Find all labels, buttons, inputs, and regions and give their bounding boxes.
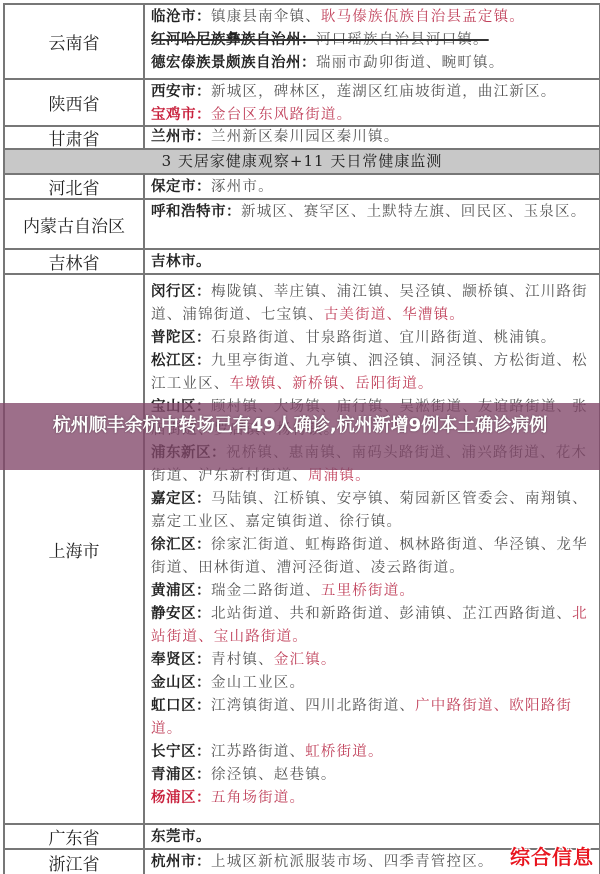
detail-cell: 兰州市：兰州新区秦川园区秦川镇。 [145,127,599,148]
area-text: 兰州新区秦川园区秦川镇。 [211,129,399,145]
city-line: 西安市：新城区，碑林区，莲湖区红庙坡街道，曲江新区。 [151,81,593,104]
area-text-highlighted: 五里桥街道。 [321,583,415,599]
row-neimenggu: 内蒙古自治区 呼和浩特市：新城区、赛罕区、土默特左旗、回民区、玉泉区。 [5,200,599,250]
area-text: 北站街道、共和新路街道、彭浦镇、芷江西路街道、 [211,606,572,622]
city-label: 兰州市： [151,129,211,145]
district-label: 长宁区： [151,744,211,760]
city-line: 宝鸡市：金台区东风路街道。 [151,104,593,127]
district-line: 杨浦区：五角场街道。 [151,787,593,810]
area-text-highlighted: 虹桥街道。 [305,744,384,760]
area-text: 镇康县南伞镇、 [211,9,321,25]
area-text-highlighted: 周浦镇。 [308,468,371,484]
district-label: 青浦区： [151,767,211,783]
district-label: 黄浦区： [151,583,211,599]
city-label: 东莞市。 [151,829,211,845]
area-text: 上城区新杭派服装市场、四季青管控区。 [211,854,494,870]
district-label-highlighted: 杨浦区： [151,790,211,806]
area-text: 瑞丽市勐卯街道、畹町镇。 [316,55,504,71]
area-text: 金山工业区。 [211,675,305,691]
district-line: 长宁区：江苏路街道、虹桥街道。 [151,741,593,764]
city-label: 临沧市： [151,9,211,25]
province-cell: 内蒙古自治区 [5,200,145,248]
city-label-highlighted: 宝鸡市： [151,107,211,123]
province-cell: 甘肃省 [5,127,145,148]
city-line: 保定市：涿州市。 [151,176,593,199]
city-line: 德宏傣族景颇族自治州：瑞丽市勐卯街道、畹町镇。 [151,52,593,75]
district-line: 黄浦区：瑞金二路街道、五里桥街道。 [151,580,593,603]
detail-cell: 临沧市：镇康县南伞镇、耿马傣族佤族自治县孟定镇。 红河哈尼族彝族自治州：河口瑶族… [145,5,599,78]
detail-cell: 呼和浩特市：新城区、赛罕区、土默特左旗、回民区、玉泉区。 [145,200,599,248]
city-line: 临沧市：镇康县南伞镇、耿马傣族佤族自治县孟定镇。 [151,6,593,29]
district-label: 奉贤区： [151,652,211,668]
area-text-highlighted: 耿马傣族佤族自治县孟定镇。 [321,9,525,25]
area-text: 新城区、赛罕区、土默特左旗、回民区、玉泉区。 [241,204,586,220]
city-label: 呼和浩特市： [151,204,241,220]
area-text: 新城区，碑林区，莲湖区红庙坡街道，曲江新区。 [211,84,556,100]
province-cell: 云南省 [5,5,145,78]
area-text: 马陆镇、江桥镇、安亭镇、菊园新区管委会、南翔镇、嘉定工业区、嘉定镇街道、徐行镇。 [151,491,588,530]
city-label: 德宏傣族景颇族自治州： [151,55,316,71]
city-label: 杭州市： [151,854,211,870]
watermark-logo: 综合信息 [510,841,594,870]
area-text-highlighted: 金台区东风路街道。 [211,107,352,123]
district-label: 普陀区： [151,330,211,346]
city-line-struck: 红河哈尼族彝族自治州：河口瑶族自治县河口镇。 [151,29,593,52]
detail-cell: 闵行区：梅陇镇、莘庄镇、浦江镇、吴泾镇、颛桥镇、江川路街道、浦锦街道、七宝镇、古… [145,275,599,823]
city-label: 吉林市。 [151,254,211,270]
district-line: 嘉定区：马陆镇、江桥镇、安亭镇、菊园新区管委会、南翔镇、嘉定工业区、嘉定镇街道、… [151,488,593,534]
district-line: 普陀区：石泉路街道、甘泉路街道、宜川路街道、桃浦镇。 [151,327,593,350]
province-cell: 吉林省 [5,250,145,273]
province-cell: 河北省 [5,175,145,198]
row-gansu: 甘肃省 兰州市：兰州新区秦川园区秦川镇。 [5,127,599,150]
headline-overlay-banner[interactable]: 杭州顺丰余杭中转场已有49人确诊,杭州新增9例本土确诊病例 [0,403,600,470]
area-text-highlighted: 金汇镇。 [274,652,337,668]
district-line: 青浦区：徐泾镇、赵巷镇。 [151,764,593,787]
area-text: 江苏路街道、 [211,744,305,760]
district-line: 徐汇区：徐家汇街道、虹梅路街道、枫林路街道、华泾镇、龙华街道、田林街道、漕河泾街… [151,534,593,580]
area-text: 河口瑶族自治县河口镇。 [316,32,489,48]
province-cell: 上海市 [5,275,145,823]
detail-cell: 吉林市。 [145,250,599,273]
area-text: 瑞金二路街道、 [211,583,321,599]
detail-cell: 西安市：新城区，碑林区，莲湖区红庙坡街道，曲江新区。 宝鸡市：金台区东风路街道。 [145,80,599,125]
area-text: 石泉路街道、甘泉路街道、宜川路街道、桃浦镇。 [211,330,556,346]
district-line: 金山区：金山工业区。 [151,672,593,695]
row-shaanxi: 陕西省 西安市：新城区，碑林区，莲湖区红庙坡街道，曲江新区。 宝鸡市：金台区东风… [5,80,599,127]
district-line: 奉贤区：青村镇、金汇镇。 [151,649,593,672]
area-text: 江湾镇街道、四川北路街道、 [211,698,415,714]
row-jilin: 吉林省 吉林市。 [5,250,599,275]
district-line: 闵行区：梅陇镇、莘庄镇、浦江镇、吴泾镇、颛桥镇、江川路街道、浦锦街道、七宝镇、古… [151,281,593,327]
row-hebei: 河北省 保定市：涿州市。 [5,175,599,200]
area-text: 涿州市。 [211,179,274,195]
district-line: 松江区：九里亭街道、九亭镇、泗泾镇、洞泾镇、方松街道、松江工业区、车墩镇、新桥镇… [151,350,593,396]
district-line: 虹口区：江湾镇街道、四川北路街道、广中路街道、欧阳路街道。 [151,695,593,741]
city-label: 西安市： [151,84,211,100]
district-label: 闵行区： [151,284,211,300]
district-label: 虹口区： [151,698,211,714]
city-line: 吉林市。 [151,251,593,274]
district-label: 松江区： [151,353,211,369]
city-label: 红河哈尼族彝族自治州： [151,32,316,48]
section-header: 3 天居家健康观察+11 天日常健康监测 [5,150,599,175]
detail-cell: 保定市：涿州市。 [145,175,599,198]
district-label: 嘉定区： [151,491,211,507]
district-label: 金山区： [151,675,211,691]
area-text: 青村镇、 [211,652,274,668]
area-text-highlighted: 五角场街道。 [211,790,305,806]
city-line: 呼和浩特市：新城区、赛罕区、土默特左旗、回民区、玉泉区。 [151,201,593,224]
province-cell: 广东省 [5,825,145,848]
city-line: 兰州市：兰州新区秦川园区秦川镇。 [151,127,593,148]
area-text: 徐家汇街道、虹梅路街道、枫林路街道、华泾镇、龙华街道、田林街道、漕河泾街道、凌云… [151,537,588,576]
district-label: 静安区： [151,606,211,622]
area-text-highlighted: 古美街道、华漕镇。 [324,307,465,323]
area-text-highlighted: 车墩镇、新桥镇、岳阳街道。 [230,376,434,392]
district-label: 徐汇区： [151,537,211,553]
area-text: 徐泾镇、赵巷镇。 [211,767,337,783]
city-label: 保定市： [151,179,211,195]
province-cell: 陕西省 [5,80,145,125]
province-cell: 浙江省 [5,850,145,874]
row-shanghai: 上海市 闵行区：梅陇镇、莘庄镇、浦江镇、吴泾镇、颛桥镇、江川路街道、浦锦街道、七… [5,275,599,825]
row-yunnan: 云南省 临沧市：镇康县南伞镇、耿马傣族佤族自治县孟定镇。 红河哈尼族彝族自治州：… [5,5,599,80]
district-line: 静安区：北站街道、共和新路街道、彭浦镇、芷江西路街道、北站街道、宝山路街道。 [151,603,593,649]
headline-title: 杭州顺丰余杭中转场已有49人确诊,杭州新增9例本土确诊病例 [53,415,547,436]
